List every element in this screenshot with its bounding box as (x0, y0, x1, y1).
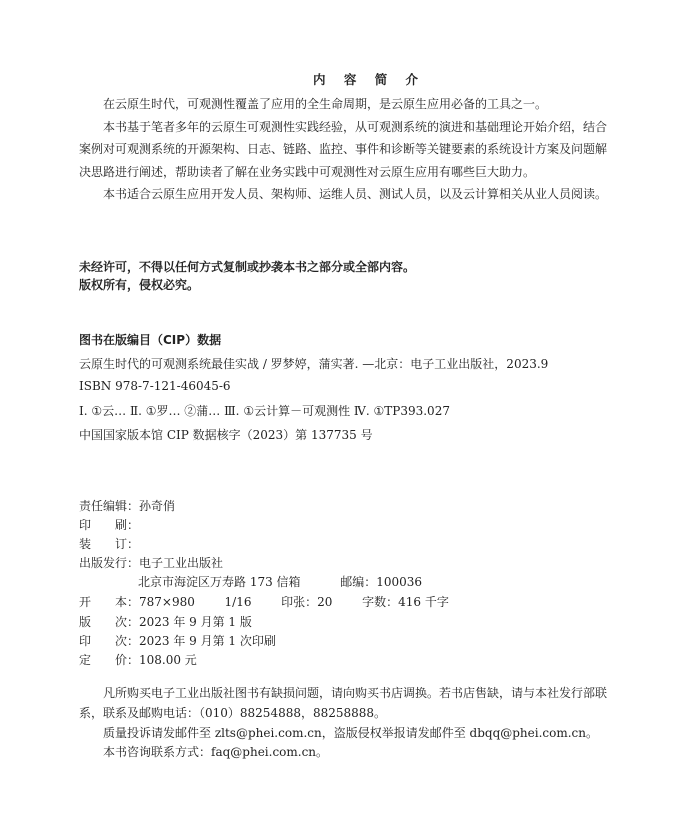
price-value: 108.00 元 (139, 653, 197, 667)
sheets-label: 印张 (281, 595, 305, 609)
cip-classification: Ⅰ. ①云… Ⅱ. ①罗… ②蒲… Ⅲ. ①云计算－可观测性 Ⅳ. ①TP393… (79, 402, 450, 419)
summary-heading: 内 容 简 介 (313, 70, 425, 88)
colophon-publisher: 出版发行：电子工业出版社 (79, 554, 223, 571)
colophon-edition: 版次：2023 年 9 月第 1 版 (79, 613, 252, 630)
notice-complaint-contacts: 质量投诉请发邮件至 zlts@phei.com.cn，盗版侵权举报请发邮件至 d… (79, 723, 607, 743)
notice-exchange-policy: 凡所购买电子工业出版社图书有缺损问题，请向购买书店调换。若书店售缺，请与本社发行… (79, 683, 607, 723)
editor-label: 责任编辑 (79, 497, 127, 514)
colophon-address: 北京市海淀区万寿路 173 信箱 邮编：100036 (138, 573, 422, 590)
cip-title: 图书在版编目（CIP）数据 (79, 331, 221, 348)
postcode-label: 邮编 (340, 575, 364, 589)
colophon-price: 定价：108.00 元 (79, 651, 197, 668)
words-label: 字数 (362, 595, 386, 609)
format-fraction: 1/16 (225, 595, 252, 609)
cip-book-record: 云原生时代的可观测系统最佳实战 / 罗梦婷，蒲实著. —北京：电子工业出版社，2… (79, 355, 548, 372)
colophon-printing: 印刷： (79, 516, 139, 533)
words-value: 416 千字 (398, 595, 449, 609)
address-value: 北京市海淀区万寿路 173 信箱 (138, 575, 301, 589)
sheets-value: 20 (317, 595, 332, 609)
publisher-value: 电子工业出版社 (139, 556, 223, 570)
edition-value: 2023 年 9 月第 1 版 (139, 615, 252, 629)
summary-paragraph-2: 本书基于笔者多年的云原生可观测性实践经验，从可观测系统的演进和基础理论开始介绍，… (79, 116, 607, 184)
copyright-page: 内 容 简 介 在云原生时代，可观测性覆盖了应用的全生命周期，是云原生应用必备的… (0, 0, 692, 835)
postcode-value: 100036 (376, 575, 422, 589)
editor-value: 孙奇俏 (139, 499, 175, 513)
colophon-impression: 印次：2023 年 9 月第 1 次印刷 (79, 632, 276, 649)
colophon-editor: 责任编辑：孙奇俏 (79, 497, 175, 514)
notice-inquiry-contact: 本书咨询联系方式：faq@phei.com.cn。 (79, 742, 607, 762)
summary-paragraph-3: 本书适合云原生应用开发人员、架构师、运维人员、测试人员，以及云计算相关从业人员阅… (79, 183, 607, 206)
copyright-notice: 未经许可，不得以任何方式复制或抄袭本书之部分或全部内容。 (79, 258, 415, 275)
colophon-binding: 装订： (79, 535, 139, 552)
cip-verification-number: 中国国家版本馆 CIP 数据核字（2023）第 137735 号 (79, 426, 373, 443)
colophon-format: 开本：787×980 1/16 印张：20 字数：416 千字 (79, 593, 449, 610)
impression-value: 2023 年 9 月第 1 次印刷 (139, 634, 276, 648)
cip-isbn: ISBN 978-7-121-46045-6 (79, 379, 231, 393)
rights-reserved: 版权所有，侵权必究。 (79, 276, 199, 293)
format-size: 787×980 (139, 595, 195, 609)
publisher-label: 出版发行 (79, 554, 127, 571)
summary-paragraph-1: 在云原生时代，可观测性覆盖了应用的全生命周期，是云原生应用必备的工具之一。 (79, 93, 607, 116)
